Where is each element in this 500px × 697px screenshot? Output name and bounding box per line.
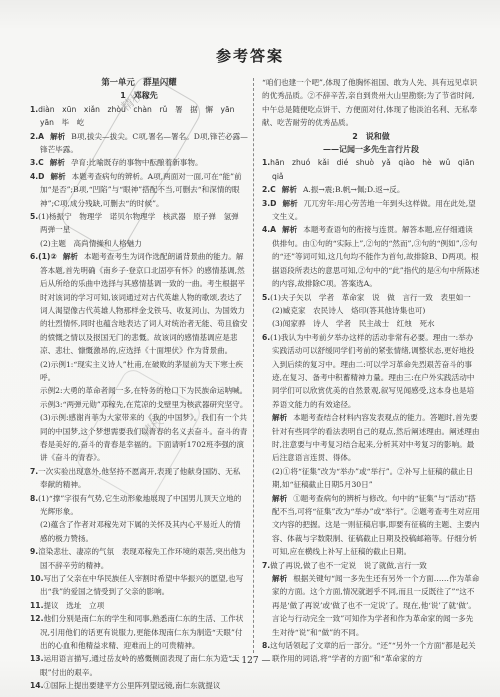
item-number: 2. — [262, 185, 270, 194]
analysis-label: 解析 — [272, 494, 287, 503]
item-number: 5. — [30, 212, 38, 221]
lesson-title: 1 邓稼先 — [30, 89, 248, 102]
analysis-label: 解析 — [282, 185, 297, 194]
item-text: (1)夫子矢以 学者 革命家 说 做 言行一致 表里如一 — [270, 293, 471, 302]
item-subtext: (2)蕴含了作者对邓稼先对下属的关怀及其内心平易近人的情感的极力赞扬。 — [30, 518, 248, 545]
unit-title: 第一单元 群星闪耀 — [30, 76, 248, 89]
answer-item: 6.(1)我认为中考前夕举办这样的活动非常有必要。理由一:举办实践活动可以舒缓同… — [262, 331, 480, 411]
item-answer: D — [38, 172, 44, 181]
answer-item: 2.C解析A.振→震;B.帆→佩;D.返→反。 — [262, 183, 480, 196]
page-number: — 127 — — [0, 656, 500, 666]
item-text: A.振→震;B.帆→佩;D.返→反。 — [303, 185, 404, 194]
continued-text: “咱们也建一个吧”,体现了他胸怀祖国、敢为人先、具有远见卓识的优秀品质。②不辞辛… — [262, 76, 480, 130]
item-number: 4. — [30, 172, 38, 181]
answer-item: 2.A解析B项,拔尖—拔尖。C项,署名—署名。D项,锋芒必露—锋芒毕露。 — [30, 130, 248, 157]
analysis-block: 解析①题考查病句的辨析与修改。句中的“征集”与“活动”搭配不当,可将“征集”改为… — [262, 492, 480, 559]
answer-item: 14.①国际上提出要建平方公里阵列望远镜,南仁东就提议 — [30, 679, 248, 692]
item-text: 做了再说,做了也不一定说 说了就做,言行一致 — [270, 561, 427, 570]
item-answer: D — [270, 199, 276, 208]
item-text: ①题考查病句的辨析与修改。句中的“征集”与“活动”搭配不当,可将“征集”改为“举… — [272, 494, 480, 557]
item-subtext: (3)闻家骅 诗人 学者 民主战士 红烛 死水 — [262, 317, 480, 330]
lesson-title: 2 说和做 — [262, 130, 480, 143]
analysis-label: 解析 — [63, 252, 78, 261]
item-number: 11. — [30, 601, 43, 610]
item-subtext: (2)①将“征集”改为“举办”或“举行”。②补写上征稿的截止日期,如“征稿截止日… — [262, 465, 480, 492]
analysis-label: 解析 — [282, 199, 297, 208]
answer-item: 1.hān zhuó kǎi dié shuò yǎ qiào hè wǔ qi… — [262, 156, 480, 183]
item-number: 7. — [262, 561, 270, 570]
answer-item: 1.diàn xūn xiǎn zhòu chàn rǔ 署 据 懈 yān y… — [30, 103, 248, 130]
item-text: 根据关键句“闻一多先生还有另外一个方面……作为革命家的方面。这个方面,情况就迥乎… — [272, 574, 479, 637]
item-subtext: (3)示例:感谢肖菲为大家带来的《我的中国梦》。我们有一个共同的中国梦,这个梦想… — [30, 411, 248, 465]
answer-item: 12.他们分别是南仁东的学生和同事,熟悉南仁东的生活、工作状况,引用他们的话更有… — [30, 612, 248, 652]
item-text: B项,拔尖—拔尖。C项,署名—署名。D项,锋芒必露—锋芒毕露。 — [40, 132, 248, 154]
column-divider — [253, 78, 254, 653]
item-text: 孕育:比喻既存的事物中酝酿着新事物。 — [71, 158, 203, 167]
item-number: 10. — [30, 574, 43, 583]
answer-item: 3.C解析孕育:比喻既存的事物中酝酿着新事物。 — [30, 156, 248, 169]
page-title: 参考答案 — [0, 45, 500, 66]
answer-item: 8.(1)“撑”字很有气势,它生动形象地展现了中国男儿顶天立地的光辉形象。 — [30, 492, 248, 519]
item-text: 本题考查语句的衔接与连贯。解答本题,应仔细通读供排句。由①句的“实际上”,②句的… — [272, 225, 480, 288]
answer-page: 参考答案 精校 精校 第一单元 群星闪耀 1 邓稼先 1.diàn xūn xi… — [0, 0, 500, 697]
left-column: 第一单元 群星闪耀 1 邓稼先 1.diàn xūn xiǎn zhòu chà… — [30, 76, 248, 693]
item-text: 一次实验出现意外,他坚持不愿离开,表现了他献身国防、无私奉献的精神。 — [38, 467, 240, 489]
item-number: 3. — [262, 199, 270, 208]
item-answer: (1)② — [38, 252, 57, 261]
answer-item: 6.(1)②解析本题考查考生为词作选配朗诵背景曲的能力。解答本题,首先明确《南乡… — [30, 250, 248, 357]
item-text: 提议 选址 立项 — [43, 601, 104, 610]
item-number: 5. — [262, 293, 270, 302]
item-number: 9. — [30, 547, 38, 556]
item-subtext: 示例3:“两弹元勋”邓稼先,在荒凉的戈壁里为核武器研究坚守。 — [30, 398, 248, 411]
item-answer: A — [38, 132, 44, 141]
item-number: 8. — [262, 641, 270, 650]
answer-item: 7.做了再说,做了也不一定说 说了就做,言行一致 — [262, 559, 480, 572]
item-text: 他们分别是南仁东的学生和同事,熟悉南仁东的生活、工作状况,引用他们的话更有说服力… — [40, 614, 243, 650]
analysis-label: 解析 — [282, 225, 297, 234]
item-number: 6. — [30, 252, 38, 261]
lesson-subtitle: ——记闻一多先生言行片段 — [262, 143, 480, 156]
item-number: 8. — [30, 494, 38, 503]
item-number: 6. — [262, 333, 270, 342]
item-number: 4. — [262, 225, 270, 234]
item-text: hān zhuó kǎi dié shuò yǎ qiào hè wǔ qiān… — [270, 158, 482, 180]
item-text: 兀兀穷年:用心劳苦地一年到头这样做。用在此处,望文生义。 — [272, 199, 476, 221]
analysis-label: 解析 — [50, 172, 65, 181]
item-number: 1. — [30, 105, 38, 114]
answer-item: 4.D解析本题考查病句的辨析。A项,两面对一面,可在“能”前加“是否”;B项,“… — [30, 170, 248, 210]
analysis-block: 解析根据关键句“闻一多先生还有另外一个方面……作为革命家的方面。这个方面,情况就… — [262, 572, 480, 639]
answer-item: 11.提议 选址 立项 — [30, 599, 248, 612]
item-text: 本题考查考生为词作选配朗诵背景曲的能力。解答本题,首先明确《南乡子·登京口北固亭… — [40, 252, 247, 355]
item-answer: C — [270, 185, 276, 194]
item-text: 本题考查结合材料内容发表观点的能力。答题时,首先要针对有些同学的看法表明自己的观… — [272, 413, 479, 462]
answer-item: 7.一次实验出现意外,他坚持不愿离开,表现了他献身国防、无私奉献的精神。 — [30, 465, 248, 492]
item-answer: C — [38, 158, 44, 167]
analysis-label: 解析 — [50, 132, 65, 141]
answer-item: 9.渲染悲壮、凄凉的气氛 表现邓稼先工作环境的艰苦,突出他为国不辞辛劳的精神。 — [30, 545, 248, 572]
item-number: 3. — [30, 158, 38, 167]
item-number: 1. — [262, 158, 270, 167]
item-text: (1)“撑”字很有气势,它生动形象地展现了中国男儿顶天立地的光辉形象。 — [38, 494, 241, 516]
analysis-label: 解析 — [272, 574, 287, 583]
answer-item: 10.写出了父亲在中华民族任人宰割时希望中华振兴的愿望,也写出“我”的爱国之情受… — [30, 572, 248, 599]
item-subtext: (2)示例1:“现实主义诗人”杜甫,在破败的茅屋前为天下寒士疾呼。 — [30, 358, 248, 385]
item-text: ①国际上提出要建平方公里阵列望远镜,南仁东就提议 — [43, 681, 220, 690]
right-column: “咱们也建一个吧”,体现了他胸怀祖国、敢为人先、具有远见卓识的优秀品质。②不辞辛… — [262, 76, 480, 666]
answer-item: 4.A解析本题考查语句的衔接与连贯。解答本题,应仔细通读供排句。由①句的“实际上… — [262, 223, 480, 290]
item-number: 14. — [30, 681, 43, 690]
answer-item: 5.(1)杨振宁 物理学 诺贝尔物理学 核武器 原子弹 氢弹 两弹一星 — [30, 210, 248, 237]
analysis-block: 解析本题考查结合材料内容发表观点的能力。答题时,首先要针对有些同学的看法表明自己… — [262, 411, 480, 465]
item-text: 本题考查病句的辨析。A项,两面对一面,可在“能”前加“是否”;B项,“凹陷”与“… — [40, 172, 242, 208]
item-subtext: (2)主题 高尚情操和人格魅力 — [30, 237, 248, 250]
answer-item: 3.D解析兀兀穷年:用心劳苦地一年到头这样做。用在此处,望文生义。 — [262, 197, 480, 224]
analysis-label: 解析 — [50, 158, 65, 167]
item-subtext: (2)臧克家 农民诗人 烙印(答其他诗集也可) — [262, 304, 480, 317]
answer-item: 5.(1)夫子矢以 学者 革命家 说 做 言行一致 表里如一 — [262, 291, 480, 304]
item-number: 7. — [30, 467, 38, 476]
item-text: (1)杨振宁 物理学 诺贝尔物理学 核武器 原子弹 氢弹 两弹一星 — [38, 212, 246, 234]
item-text: 渲染悲壮、凄凉的气氛 表现邓稼先工作环境的艰苦,突出他为国不辞辛劳的精神。 — [38, 547, 245, 569]
item-answer: A — [270, 225, 276, 234]
item-number: 12. — [30, 614, 43, 623]
item-text: diàn xūn xiǎn zhòu chàn rǔ 署 据 懈 yān yān… — [38, 105, 242, 127]
analysis-label: 解析 — [272, 413, 287, 422]
item-subtext: 示例2:大勇的革命者闻一多,在特务的枪口下为民族命运呐喊。 — [30, 384, 248, 397]
item-text: 写出了父亲在中华民族任人宰割时希望中华振兴的愿望,也写出“我”的爱国之情受到了父… — [40, 574, 243, 596]
item-number: 2. — [30, 132, 38, 141]
item-text: (1)我认为中考前夕举办这样的活动非常有必要。理由一:举办实践活动可以舒缓同学们… — [270, 333, 474, 409]
